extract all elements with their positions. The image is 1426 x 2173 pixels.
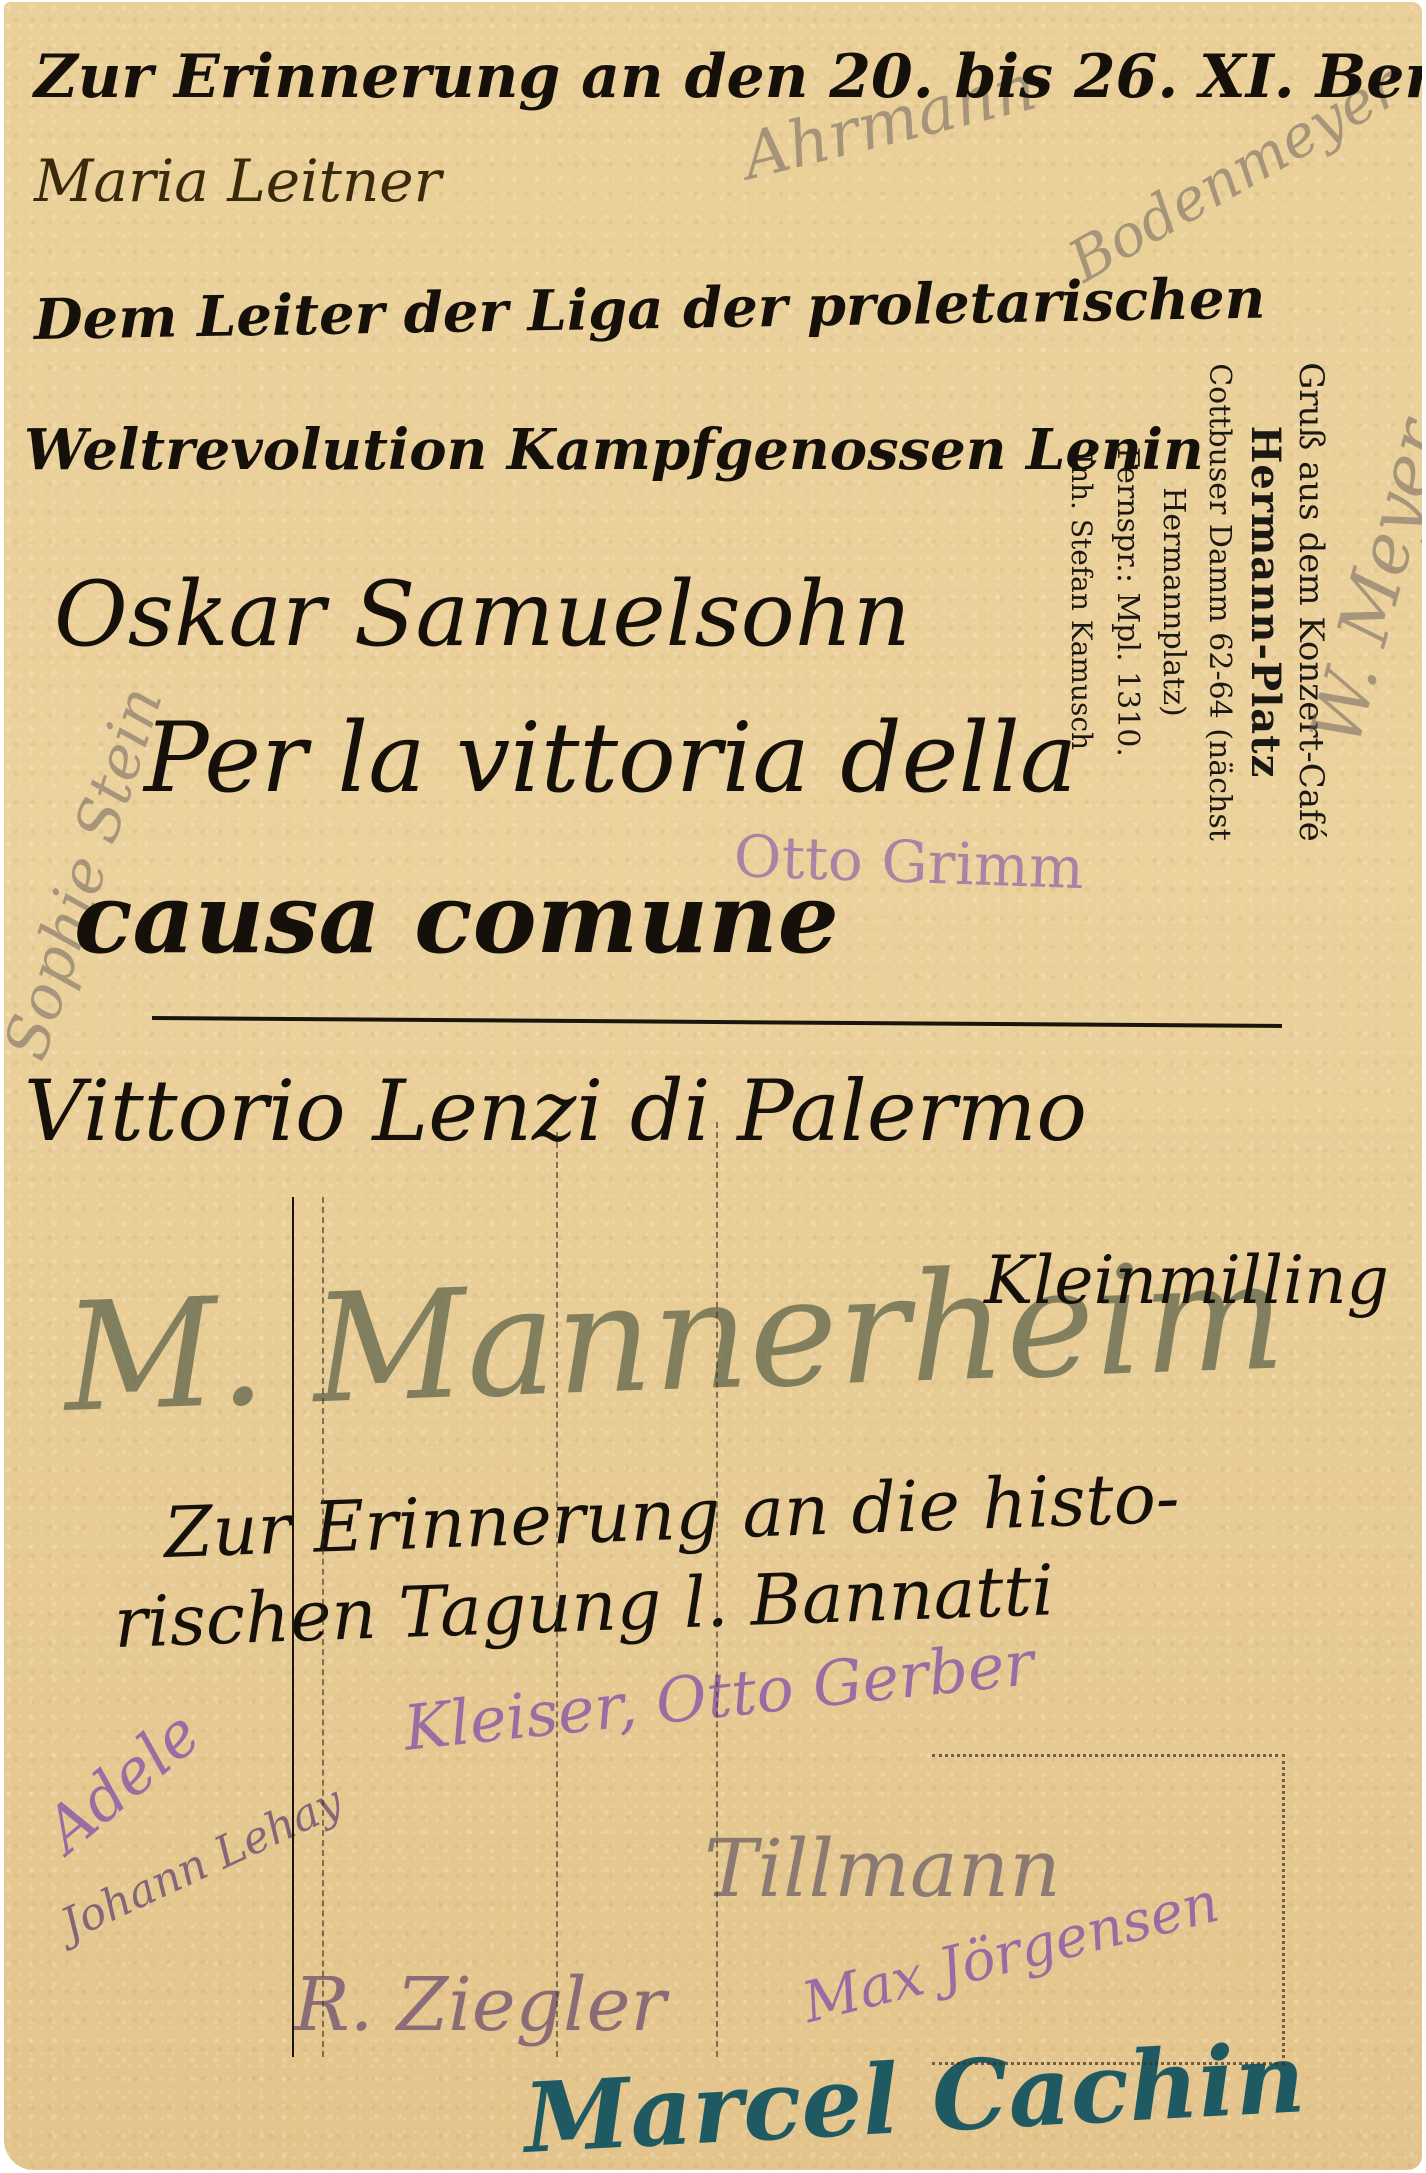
italian-line-1: Per la vittoria della (144, 702, 1077, 814)
imprint-venue: Hermann-Platz (1242, 252, 1288, 952)
heading-inscription: Zur Erinnerung an den 20. bis 26. XI. Be… (34, 42, 1422, 112)
address-guide-3 (716, 1122, 718, 2057)
imprint-greeting: Gruß aus dem Konzert-Café (1288, 252, 1334, 952)
signature-adele: Adele (31, 1696, 214, 1866)
underline-rule (152, 1016, 1282, 1028)
imprint-phone: Fernspr.: Mpl. 1310. (1104, 252, 1150, 952)
signature-kleinmilling: Kleinmilling (984, 1242, 1389, 1319)
signature-maria-leitner: Maria Leitner (34, 147, 441, 215)
imprint-address: Cottbuser Damm 62-64 (nächst Hermannplat… (1150, 252, 1242, 952)
stamp-box (932, 1754, 1285, 2065)
italian-line-2: causa comune (74, 862, 839, 975)
postcard: Gruß aus dem Konzert-Café Hermann-Platz … (4, 2, 1422, 2170)
address-guide-1 (322, 1197, 324, 2057)
printed-imprint: Gruß aus dem Konzert-Café Hermann-Platz … (1058, 252, 1334, 952)
signature-r-ziegler: R. Ziegler (294, 1962, 666, 2048)
signature-oskar-samuelsohn: Oskar Samuelsohn (54, 562, 911, 667)
address-divider-line (292, 1197, 294, 2057)
address-guide-2 (556, 1132, 558, 2057)
dedication-line-2: Weltrevolution Kampfgenossen Lenin (24, 417, 1204, 483)
